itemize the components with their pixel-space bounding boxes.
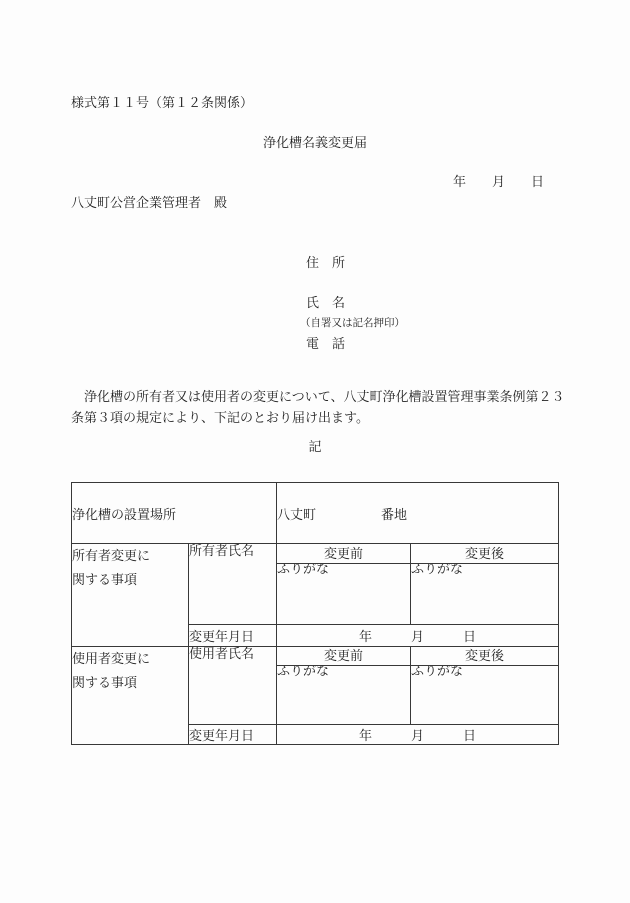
table-row: 使用者変更に 関する事項 使用者氏名 変更前 変更後 bbox=[72, 647, 559, 666]
date-line: 年 月 日 bbox=[453, 175, 544, 189]
owner-change-date-label-cell: 変更年月日 bbox=[189, 625, 277, 647]
user-section-label-line1: 使用者変更に bbox=[72, 647, 188, 671]
body-line-2: 条第３項の規定により、下記のとおり届け出ます。 bbox=[71, 407, 564, 428]
table-row: 所有者変更に 関する事項 所有者氏名 変更前 変更後 bbox=[72, 544, 559, 564]
user-section-label-line2: 関する事項 bbox=[72, 671, 188, 695]
owner-before-name-cell[interactable]: ふりがな bbox=[277, 564, 411, 625]
owner-name-label-cell: 所有者氏名 bbox=[189, 544, 277, 625]
user-section-label-cell: 使用者変更に 関する事項 bbox=[72, 647, 189, 745]
body-line-1: 浄化槽の所有者又は使用者の変更について、八丈町浄化槽設置管理事業条例第２３ bbox=[71, 386, 564, 407]
table-row: 浄化槽の設置場所 八丈町番地 bbox=[72, 483, 559, 544]
location-banchi: 番地 bbox=[381, 507, 407, 522]
address-label: 住 所 bbox=[306, 256, 345, 270]
user-before-header-cell: 変更前 bbox=[277, 647, 411, 666]
body-paragraph: 浄化槽の所有者又は使用者の変更について、八丈町浄化槽設置管理事業条例第２３ 条第… bbox=[71, 386, 564, 428]
user-after-header-cell: 変更後 bbox=[411, 647, 559, 666]
notification-table: 浄化槽の設置場所 八丈町番地 所有者変更に 関する事項 所有者氏名 変更前 変更… bbox=[71, 482, 559, 745]
owner-section-label-cell: 所有者変更に 関する事項 bbox=[72, 544, 189, 647]
owner-before-header-cell: 変更前 bbox=[277, 544, 411, 564]
phone-label: 電 話 bbox=[306, 337, 345, 351]
location-town: 八丈町 bbox=[277, 507, 316, 522]
location-value-cell: 八丈町番地 bbox=[277, 483, 559, 544]
ki-heading: 記 bbox=[0, 440, 630, 454]
owner-section-label-line1: 所有者変更に bbox=[72, 544, 188, 568]
user-after-name-cell[interactable]: ふりがな bbox=[411, 666, 559, 725]
owner-section-label-line2: 関する事項 bbox=[72, 568, 188, 592]
user-before-name-cell[interactable]: ふりがな bbox=[277, 666, 411, 725]
owner-change-date-value-cell[interactable]: 年 月 日 bbox=[277, 625, 559, 647]
owner-after-name-cell[interactable]: ふりがな bbox=[411, 564, 559, 625]
document-page: 様式第１１号（第１２条関係） 浄化槽名義変更届 年 月 日 八丈町公営企業管理者… bbox=[0, 0, 630, 903]
owner-after-header-cell: 変更後 bbox=[411, 544, 559, 564]
document-title: 浄化槽名義変更届 bbox=[0, 136, 630, 150]
user-change-date-label-cell: 変更年月日 bbox=[189, 725, 277, 745]
name-label: 氏 名 bbox=[306, 296, 345, 310]
user-change-date-value-cell[interactable]: 年 月 日 bbox=[277, 725, 559, 745]
name-note: （自署又は記名押印） bbox=[300, 318, 405, 330]
addressee: 八丈町公営企業管理者 殿 bbox=[71, 196, 227, 210]
location-label-cell: 浄化槽の設置場所 bbox=[72, 483, 277, 544]
user-name-label-cell: 使用者氏名 bbox=[189, 647, 277, 725]
form-number: 様式第１１号（第１２条関係） bbox=[71, 96, 253, 110]
